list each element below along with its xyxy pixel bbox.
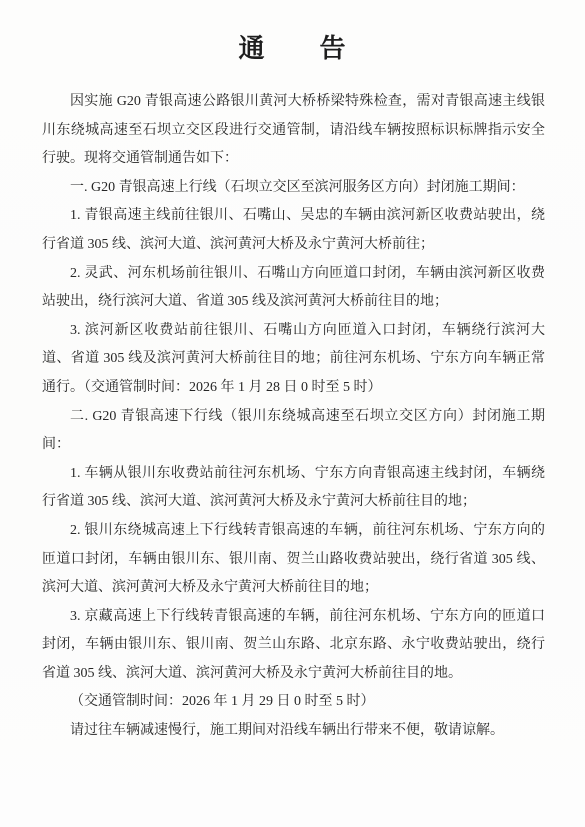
notice-paragraph-section-2-item-2: 2. 银川东绕城高速上下行线转青银高速的车辆，前往河东机场、宁东方向的匝道口封闭… <box>42 517 545 603</box>
notice-paragraph-intro: 因实施 G20 青银高速公路银川黄河大桥桥梁特殊检查，需对青银高速主线银川东绕城… <box>42 88 545 174</box>
notice-paragraph-section-1-item-3: 3. 滨河新区收费站前往银川、石嘴山方向匝道入口封闭，车辆绕行滨河大道、省道 3… <box>42 317 545 403</box>
notice-page: 通 告 因实施 G20 青银高速公路银川黄河大桥桥梁特殊检查，需对青银高速主线银… <box>0 0 585 827</box>
notice-paragraph-section-1-item-2: 2. 灵武、河东机场前往银川、石嘴山方向匝道口封闭，车辆由滨河新区收费站驶出，绕… <box>42 260 545 317</box>
notice-paragraph-control-time-2: （交通管制时间：2026 年 1 月 29 日 0 时至 5 时） <box>42 688 545 717</box>
notice-paragraph-section-1-heading: 一. G20 青银高速上行线（石坝立交区至滨河服务区方向）封闭施工期间： <box>42 174 545 203</box>
notice-title: 通 告 <box>0 0 585 66</box>
notice-paragraph-section-2-heading: 二. G20 青银高速下行线（银川东绕城高速至石坝立交区方向）封闭施工期间： <box>42 403 545 460</box>
notice-paragraph-section-1-item-1: 1. 青银高速主线前往银川、石嘴山、吴忠的车辆由滨河新区收费站驶出，绕行省道 3… <box>42 202 545 259</box>
notice-body: 因实施 G20 青银高速公路银川黄河大桥桥梁特殊检查，需对青银高速主线银川东绕城… <box>42 88 545 746</box>
notice-paragraph-section-2-item-1: 1. 车辆从银川东收费站前往河东机场、宁东方向青银高速主线封闭，车辆绕行省道 3… <box>42 460 545 517</box>
notice-paragraph-closing: 请过往车辆减速慢行，施工期间对沿线车辆出行带来不便，敬请谅解。 <box>42 717 545 746</box>
notice-paragraph-section-2-item-3: 3. 京藏高速上下行线转青银高速的车辆，前往河东机场、宁东方向的匝道口封闭，车辆… <box>42 603 545 689</box>
